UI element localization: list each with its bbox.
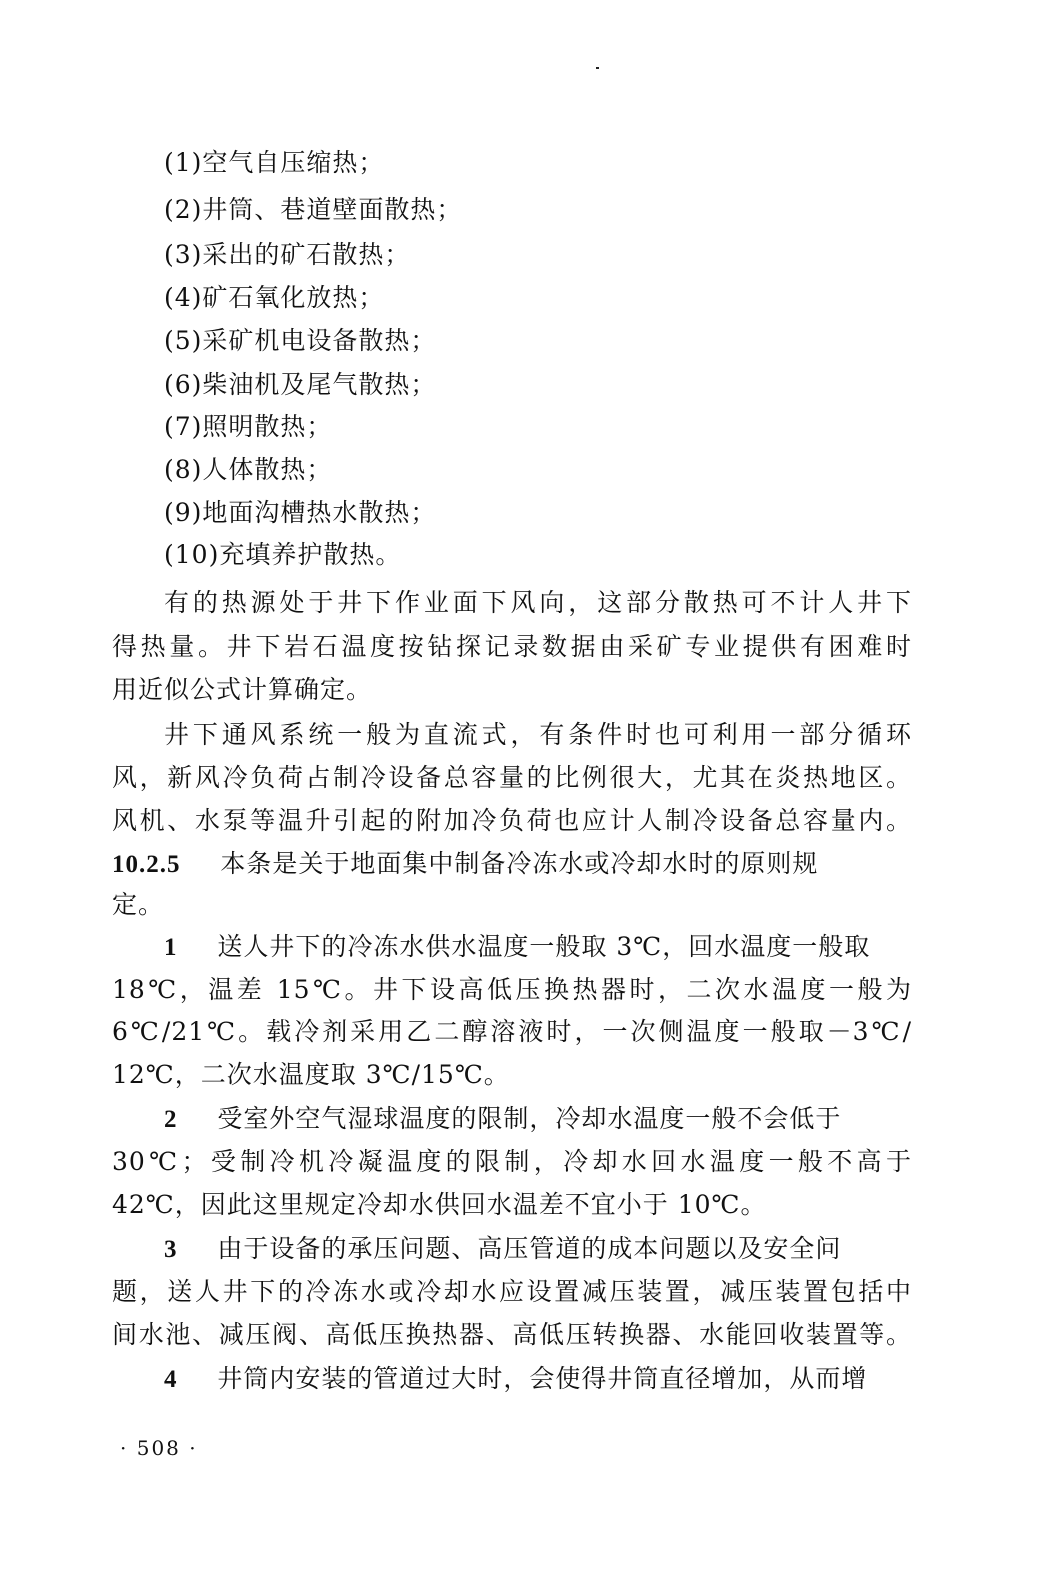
list-item: (7)照明散热； <box>164 412 332 442</box>
list-item: (9)地面沟槽热水散热； <box>164 498 436 528</box>
paragraph-line: 得热量。井下岩石温度按钻探记录数据由采矿专业提供有困难时 <box>112 632 912 662</box>
paragraph-line: 间水池、减压阀、高低压换热器、高低压转换器、水能回收装置等。 <box>112 1320 912 1350</box>
paragraph-line: 风，新风冷负荷占制冷设备总容量的比例很大，尤其在炎热地区。 <box>112 763 912 793</box>
top-mark <box>596 67 599 69</box>
paragraph-line: 定。 <box>112 890 912 920</box>
item-number: 3 <box>164 1236 178 1263</box>
item-3-line: 3 由于设备的承压问题、高压管道的成本问题以及安全问 <box>164 1234 912 1265</box>
item-number: 4 <box>164 1366 178 1393</box>
list-item: (2)井筒、巷道壁面散热； <box>164 195 462 225</box>
paragraph-line: 42℃，因此这里规定冷却水供回水温差不宜小于 10℃。 <box>112 1190 912 1220</box>
list-item: (6)柴油机及尾气散热； <box>164 370 436 400</box>
item-2-line: 2 受室外空气湿球温度的限制，冷却水温度一般不会低于 <box>164 1104 912 1135</box>
paragraph-line: 风机、水泵等温升引起的附加冷负荷也应计人制冷设备总容量内。 <box>112 806 912 836</box>
list-item: (5)采矿机电设备散热； <box>164 326 436 356</box>
list-item: (1)空气自压缩热； <box>164 148 384 178</box>
list-item: (10)充填养护散热。 <box>164 540 401 570</box>
list-item: (8)人体散热； <box>164 455 332 485</box>
paragraph-line: 30℃；受制冷机冷凝温度的限制，冷却水回水温度一般不高于 <box>112 1147 912 1177</box>
item-number: 2 <box>164 1106 178 1133</box>
list-item: (4)矿石氧化放热； <box>164 283 384 313</box>
paragraph-line: 12℃，二次水温度取 3℃/15℃。 <box>112 1060 912 1090</box>
clause-text: 本条是关于地面集中制备冷冻水或冷却水时的原则规 <box>220 849 818 878</box>
paragraph-line: 用近似公式计算确定。 <box>112 675 912 705</box>
list-item: (3)采出的矿石散热； <box>164 240 410 270</box>
paragraph-line: 井下通风系统一般为直流式，有条件时也可利用一部分循环 <box>164 720 912 750</box>
paragraph-line: 6℃/21℃。载冷剂采用乙二醇溶液时，一次侧温度一般取－3℃/ <box>112 1017 912 1047</box>
paragraph-line: 有的热源处于井下作业面下风向，这部分散热可不计人井下 <box>164 588 912 618</box>
clause-heading: 10.2.5 本条是关于地面集中制备冷冻水或冷却水时的原则规 <box>112 849 912 880</box>
paragraph-line: 18℃，温差 15℃。井下设高低压换热器时，二次水温度一般为 <box>112 975 912 1005</box>
item-1-line: 1 送人井下的冷冻水供水温度一般取 3℃，回水温度一般取 <box>164 932 912 963</box>
item-4-line: 4 井筒内安装的管道过大时，会使得井筒直径增加，从而增 <box>164 1364 912 1395</box>
clause-number: 10.2.5 <box>112 851 181 878</box>
page-number: · 508 · <box>120 1436 198 1460</box>
item-number: 1 <box>164 934 178 961</box>
paragraph-line: 题，送人井下的冷冻水或冷却水应设置减压装置，减压装置包括中 <box>112 1277 912 1307</box>
